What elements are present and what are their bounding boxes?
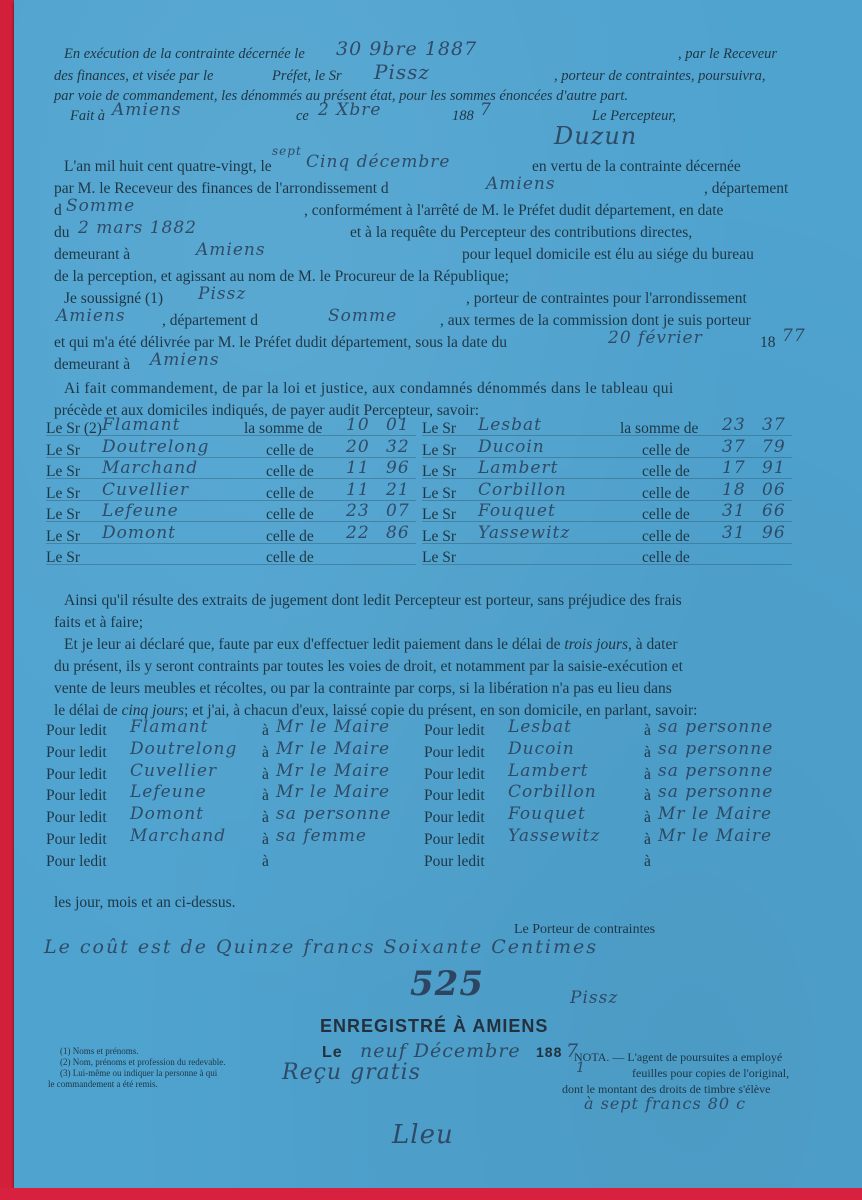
service-recipient-handwritten: sa femme (276, 826, 367, 846)
debtor-name-handwritten: Lesbat (478, 415, 542, 435)
p5-line2: du présent, ils y seront contraints par … (54, 658, 683, 676)
debtor-centimes: 86 (386, 523, 410, 543)
service-name-handwritten: Lambert (508, 761, 588, 781)
service-recipient-handwritten: sa personne (658, 739, 773, 759)
debtor-francs: 23 (722, 415, 746, 435)
p2-commission-date-handwritten: 20 février (608, 328, 703, 348)
debtor-name-handwritten: Corbillon (478, 480, 567, 500)
p2-soussigne-handwritten: Pissz (198, 284, 246, 304)
service-name-handwritten: Domont (130, 804, 204, 824)
header-year-handwritten: 7 (480, 100, 492, 120)
p5-line1: Et je leur ai déclaré que, faute par eux… (64, 636, 678, 654)
header-line2-mid: Préfet, le Sr (272, 68, 342, 85)
debtor-name-handwritten: Yassewitz (478, 523, 570, 543)
p5-line3: vente de leurs meubles et récoltes, ou p… (54, 680, 672, 698)
p2-line3-a: et qui m'a été délivrée par M. le Préfet… (54, 334, 507, 352)
p4-line2: faits et à faire; (54, 614, 143, 632)
service-label: Pour ledit (424, 787, 485, 805)
service-name-handwritten: Cuvellier (130, 761, 217, 781)
service-recipient-handwritten: Mr le Maire (658, 826, 772, 846)
debtor-name-handwritten: Flamant (102, 415, 180, 435)
debtor-name-handwritten: Fouquet (478, 501, 556, 521)
header-year: 188 (452, 108, 474, 125)
p1-departement-handwritten: Somme (66, 196, 135, 216)
service-label: Pour ledit (424, 766, 485, 784)
header-fait-a: Fait à (70, 108, 105, 125)
header-ce: ce (296, 108, 309, 125)
p1-line1-a: L'an mil huit cent quatre-vingt, le (64, 158, 272, 176)
registration-stamp: ENREGISTRÉ À AMIENS (320, 1016, 548, 1037)
service-label: Pour ledit (46, 766, 107, 784)
service-a: à (262, 809, 269, 827)
nota-line1: NOTA. — L'agent de poursuites a employé (574, 1050, 782, 1065)
p2-line1-b: , porteur de contraintes pour l'arrondis… (466, 290, 747, 308)
service-a: à (262, 831, 269, 849)
service-a: à (262, 744, 269, 762)
debtor-name-handwritten: Marchand (102, 458, 198, 478)
debtor-name-handwritten: Lefeune (102, 501, 179, 521)
header-line2-end: , porteur de contraintes, poursuivra, (554, 68, 765, 85)
debtor-francs: 11 (346, 480, 370, 500)
stamp-year: 188 (536, 1044, 562, 1060)
service-recipient-handwritten: sa personne (658, 717, 773, 737)
service-recipient-handwritten: sa personne (658, 782, 773, 802)
debtor-francs: 18 (722, 480, 746, 500)
service-a: à (644, 722, 651, 740)
debtor-name-handwritten: Lambert (478, 458, 558, 478)
p1-line6: de la perception, et agissant au nom de … (54, 268, 509, 286)
header-date-handwritten: 30 9bre 1887 (336, 38, 477, 60)
p1-demeurant-handwritten: Amiens (196, 240, 266, 260)
debtor-name-handwritten: Doutrelong (102, 437, 209, 457)
header-line1: En exécution de la contrainte décernée l… (64, 46, 305, 63)
service-a: à (262, 787, 269, 805)
service-label: Pour ledit (46, 853, 107, 871)
service-recipient-handwritten: sa personne (276, 804, 391, 824)
service-recipient-handwritten: Mr le Maire (276, 761, 390, 781)
service-name-handwritten: Ducoin (508, 739, 575, 759)
ruled-line (46, 564, 416, 565)
debtor-francs: 10 (346, 415, 370, 435)
service-name-handwritten: Marchand (130, 826, 226, 846)
debtor-centimes: 91 (762, 458, 786, 478)
document-page: En exécution de la contrainte décernée l… (14, 0, 862, 1188)
p4-line1: Ainsi qu'il résulte des extraits de juge… (64, 592, 682, 610)
service-label: Pour ledit (424, 744, 485, 762)
debtor-centimes: 32 (386, 437, 410, 457)
closing-line: les jour, mois et an ci-dessus. (54, 894, 235, 912)
red-background-edge (0, 1188, 862, 1200)
service-name-handwritten: Doutrelong (130, 739, 237, 759)
p2-line3-year: 18 (760, 334, 776, 352)
p1-arrete-date-handwritten: 2 mars 1882 (78, 218, 197, 238)
service-a: à (644, 809, 651, 827)
service-name-handwritten: Corbillon (508, 782, 597, 802)
debtor-centimes: 21 (386, 480, 410, 500)
footnote: (1) Noms et prénoms. (60, 1046, 139, 1056)
p1-line5-b: pour lequel domicile est élu au siége du… (462, 246, 754, 264)
nota-sheets-handwritten: 1 (576, 1060, 586, 1076)
header-fait-date-handwritten: 2 Xbre (318, 100, 381, 120)
service-a: à (644, 766, 651, 784)
porteur-signature: Pissz (570, 988, 618, 1008)
debtor-francs: 31 (722, 523, 746, 543)
service-recipient-handwritten: Mr le Maire (658, 804, 772, 824)
service-a: à (644, 831, 651, 849)
debtor-name-handwritten: Domont (102, 523, 176, 543)
service-a: à (644, 853, 651, 871)
debtor-francs: 37 (722, 437, 746, 457)
p1-line3-a: d (54, 202, 62, 220)
service-label: Pour ledit (424, 831, 485, 849)
service-name-handwritten: Flamant (130, 717, 208, 737)
service-label: Pour ledit (46, 831, 107, 849)
p2-arrondissement-handwritten: Amiens (56, 306, 126, 326)
p1-line4-b: et à la requête du Percepteur des contri… (350, 224, 692, 242)
ruled-line (422, 564, 792, 565)
service-a: à (262, 853, 269, 871)
debtor-centimes: 66 (762, 501, 786, 521)
stamp-date-handwritten: neuf Décembre (360, 1040, 521, 1062)
debtor-francs: 17 (722, 458, 746, 478)
service-label: Pour ledit (46, 722, 107, 740)
service-a: à (644, 787, 651, 805)
nota-line2: feuilles pour copies de l'original, (632, 1066, 789, 1081)
registration-number-handwritten: 525 (410, 964, 484, 1004)
footnote: le commandement a été remis. (48, 1079, 158, 1089)
p1-line4-a: du (54, 224, 70, 242)
service-label: Pour ledit (46, 744, 107, 762)
debtor-centimes: 06 (762, 480, 786, 500)
service-name-handwritten: Lesbat (508, 717, 572, 737)
cost-handwritten: Le coût est de Quinze francs Soixante Ce… (44, 936, 598, 958)
recu-gratis-handwritten: Reçu gratis (282, 1060, 421, 1085)
debtor-name-handwritten: Cuvellier (102, 480, 189, 500)
service-label: Pour ledit (424, 722, 485, 740)
service-recipient-handwritten: Mr le Maire (276, 717, 390, 737)
debtor-francs: 23 (346, 501, 370, 521)
service-a: à (262, 722, 269, 740)
footnote: (2) Nom, prénoms et profession du redeva… (60, 1057, 225, 1067)
debtor-francs: 31 (722, 501, 746, 521)
debtor-centimes: 37 (762, 415, 786, 435)
service-recipient-handwritten: sa personne (658, 761, 773, 781)
debtor-francs: 22 (346, 523, 370, 543)
p1-line1-b: en vertu de la contrainte décernée (532, 158, 741, 176)
service-a: à (644, 744, 651, 762)
debtor-centimes: 96 (386, 458, 410, 478)
service-label: Pour ledit (46, 787, 107, 805)
service-label: Pour ledit (424, 853, 485, 871)
p2-demeurant-handwritten: Amiens (150, 350, 220, 370)
ruled-line (422, 543, 792, 544)
service-label: Pour ledit (424, 809, 485, 827)
service-label: Pour ledit (46, 809, 107, 827)
p2-line2-b: , aux termes de la commission dont je su… (440, 312, 751, 330)
debtor-francs: 11 (346, 458, 370, 478)
debtor-centimes: 96 (762, 523, 786, 543)
ruled-line (46, 543, 416, 544)
header-place-handwritten: Amiens (112, 100, 182, 120)
p3-line1: Ai fait commandement, de par la loi et j… (64, 380, 674, 398)
registrar-signature: Lleu (392, 1120, 454, 1150)
header-line1-end: , par le Receveur (678, 46, 777, 63)
header-line2: des finances, et visée par le (54, 68, 213, 85)
p2-year-handwritten: 77 (782, 326, 806, 346)
service-name-handwritten: Fouquet (508, 804, 586, 824)
p2-line4-a: demeurant à (54, 356, 130, 374)
debtor-centimes: 01 (386, 415, 410, 435)
p1-line2-b: , département (704, 180, 788, 198)
p2-departement-handwritten: Somme (328, 306, 397, 326)
footnote: (3) Lui-même ou indiquer la personne à q… (60, 1068, 217, 1078)
p1-arrondissement-handwritten: Amiens (486, 174, 556, 194)
debtor-name-handwritten: Ducoin (478, 437, 545, 457)
debtor-centimes: 07 (386, 501, 410, 521)
debtor-francs: 20 (346, 437, 370, 457)
debtor-centimes: 79 (762, 437, 786, 457)
p1-line3-b: , conformément à l'arrêté de M. le Préfe… (304, 202, 723, 220)
service-name-handwritten: Yassewitz (508, 826, 600, 846)
percepteur-signature: Duzun (554, 122, 637, 150)
header-porteur-handwritten: Pissz (374, 60, 430, 84)
p1-line5-a: demeurant à (54, 246, 130, 264)
service-name-handwritten: Lefeune (130, 782, 207, 802)
service-recipient-handwritten: Mr le Maire (276, 739, 390, 759)
p1-hw-above: sept (272, 144, 302, 158)
p2-line2-a: , département d (162, 312, 258, 330)
service-recipient-handwritten: Mr le Maire (276, 782, 390, 802)
service-a: à (262, 766, 269, 784)
p1-date-handwritten: Cinq décembre (306, 152, 450, 172)
nota-amount-handwritten: à sept francs 80 c (584, 1094, 746, 1113)
